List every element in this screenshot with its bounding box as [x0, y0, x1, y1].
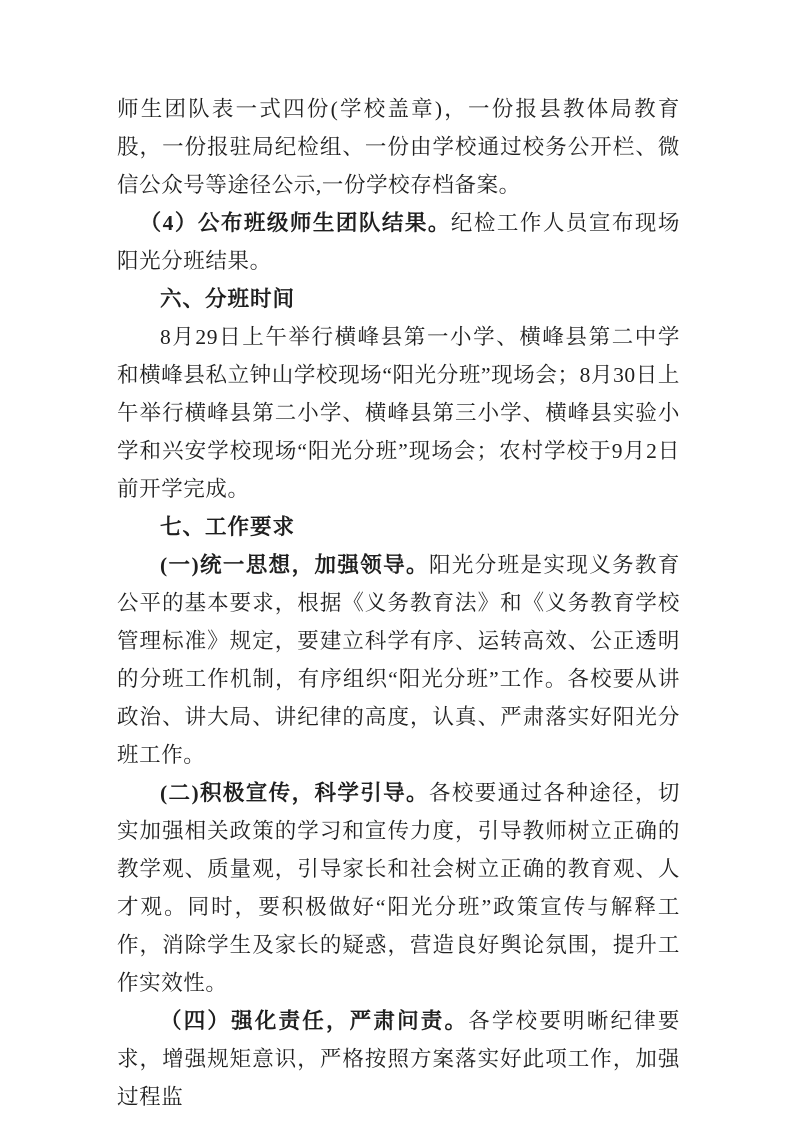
body-text: 师生团队表一式四份(学校盖章)，一份报县教体局教育股，一份报驻局纪检组、一份由学… — [117, 97, 680, 197]
section-heading: 七、工作要求 — [117, 508, 680, 546]
document-body: 师生团队表一式四份(学校盖章)，一份报县教体局教育股，一份报驻局纪检组、一份由学… — [117, 90, 680, 1116]
bold-run-text: (二)积极宣传，科学引导。 — [160, 781, 429, 805]
section-heading: 六、分班时间 — [117, 280, 680, 318]
bold-run-text: 七、工作要求 — [160, 515, 295, 539]
document-page: 师生团队表一式四份(学校盖章)，一份报县教体局教育股，一份报驻局纪检组、一份由学… — [0, 0, 793, 1122]
body-text: 阳光分班是实现义务教育公平的基本要求，根据《义务教育法》和《义务教育学校管理标准… — [117, 553, 680, 767]
paragraph: （四）强化责任，严肃问责。各学校要明晰纪律要求，增强规矩意识，严格按照方案落实好… — [117, 1002, 680, 1116]
paragraph: (一)统一思想，加强领导。阳光分班是实现义务教育公平的基本要求，根据《义务教育法… — [117, 546, 680, 774]
bold-run-text: 六、分班时间 — [160, 287, 295, 311]
body-text: 各校要通过各种途径，切实加强相关政策的学习和宣传力度，引导教师树立正确的教学观、… — [117, 781, 680, 995]
paragraph: （4）公布班级师生团队结果。纪检工作人员宣布现场阳光分班结果。 — [117, 204, 680, 280]
bold-run-text: (一)统一思想，加强领导。 — [160, 553, 429, 577]
body-text: 8月29日上午举行横峰县第一小学、横峰县第二中学和横峰县私立钟山学校现场“阳光分… — [117, 325, 680, 501]
paragraph: (二)积极宣传，科学引导。各校要通过各种途径，切实加强相关政策的学习和宣传力度，… — [117, 774, 680, 1002]
bold-run-text: （四）强化责任，严肃问责。 — [160, 1009, 468, 1033]
bold-run-text: （4）公布班级师生团队结果。 — [140, 211, 451, 235]
paragraph: 师生团队表一式四份(学校盖章)，一份报县教体局教育股，一份报驻局纪检组、一份由学… — [117, 90, 680, 204]
paragraph: 8月29日上午举行横峰县第一小学、横峰县第二中学和横峰县私立钟山学校现场“阳光分… — [117, 318, 680, 508]
